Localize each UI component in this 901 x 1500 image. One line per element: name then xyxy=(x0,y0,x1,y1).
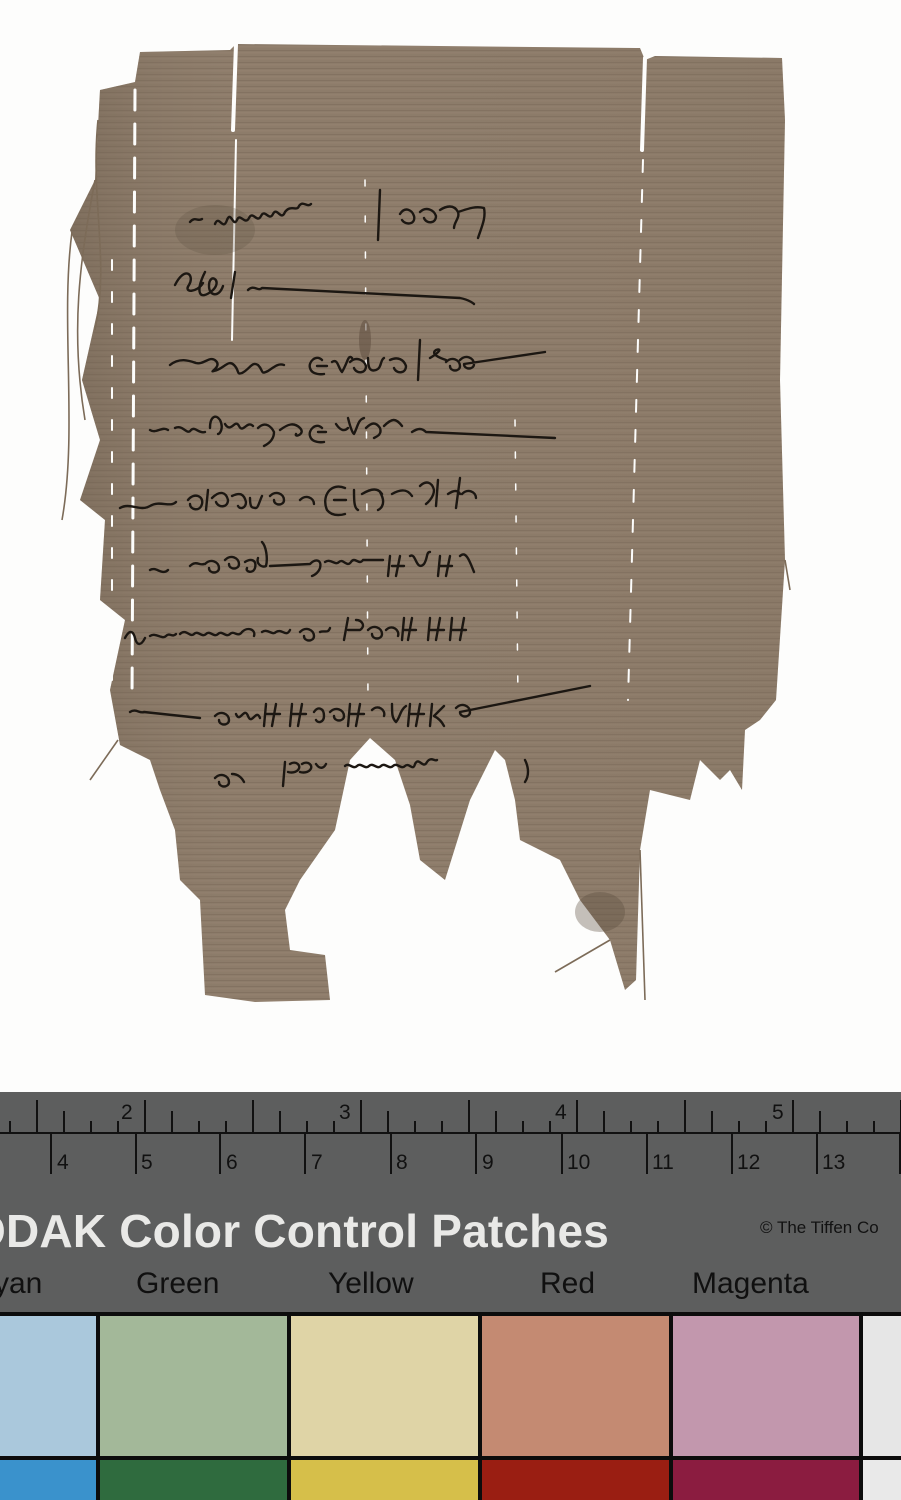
cm-label: 7 xyxy=(311,1152,323,1173)
patch-magenta-light xyxy=(673,1316,859,1456)
inch-minor-tick xyxy=(117,1121,119,1133)
inch-label: 2 xyxy=(121,1102,133,1123)
inch-major-tick xyxy=(792,1100,794,1133)
patch-green-dark xyxy=(100,1460,287,1500)
inch-minor-tick xyxy=(279,1111,281,1133)
inch-major-tick xyxy=(36,1100,38,1133)
cm-label: 5 xyxy=(141,1152,153,1173)
cm-label: 11 xyxy=(652,1152,674,1173)
papyrus-fragment xyxy=(0,0,901,1090)
patch-red-dark xyxy=(482,1460,669,1500)
strip-title: ODAK Color Control Patches xyxy=(0,1204,609,1258)
cm-label: 4 xyxy=(57,1152,69,1173)
inch-major-tick xyxy=(576,1100,578,1133)
cm-tick xyxy=(646,1134,648,1174)
cm-tick xyxy=(561,1134,563,1174)
color-name-cyan: yan xyxy=(0,1267,42,1301)
inch-minor-tick xyxy=(90,1121,92,1133)
inch-label: 4 xyxy=(555,1102,567,1123)
patch-yellow-dark xyxy=(291,1460,478,1500)
inch-minor-tick xyxy=(333,1121,335,1133)
inch-minor-tick xyxy=(846,1121,848,1133)
cm-tick xyxy=(219,1134,221,1174)
cm-label: 13 xyxy=(822,1152,845,1173)
patch-red-light xyxy=(482,1316,669,1456)
cm-tick xyxy=(731,1134,733,1174)
color-name-yellow: Yellow xyxy=(328,1267,414,1301)
inch-major-tick xyxy=(144,1100,146,1133)
patch-magenta-dark xyxy=(673,1460,859,1500)
inch-minor-tick xyxy=(711,1111,713,1133)
inch-minor-tick xyxy=(225,1121,227,1133)
inch-minor-tick xyxy=(414,1121,416,1133)
color-name-red: Red xyxy=(540,1267,595,1301)
inch-minor-tick xyxy=(819,1111,821,1133)
inch-label: 3 xyxy=(339,1102,351,1123)
inch-minor-tick xyxy=(765,1121,767,1133)
inch-minor-tick xyxy=(603,1111,605,1133)
color-name-green: Green xyxy=(136,1267,219,1301)
inch-minor-tick xyxy=(171,1111,173,1133)
patch-yellow-light xyxy=(291,1316,478,1456)
inch-minor-tick xyxy=(522,1121,524,1133)
inch-minor-tick xyxy=(549,1121,551,1133)
cm-label: 12 xyxy=(737,1152,760,1173)
cm-label: 10 xyxy=(567,1152,590,1173)
kodak-color-strip: 2345 45678910111213 ODAK Color Control P… xyxy=(0,1092,901,1500)
cm-tick xyxy=(135,1134,137,1174)
color-patches xyxy=(0,1312,901,1500)
inch-major-tick xyxy=(252,1100,254,1133)
inch-minor-tick xyxy=(306,1121,308,1133)
inch-major-tick xyxy=(684,1100,686,1133)
inch-minor-tick xyxy=(198,1121,200,1133)
cm-label: 8 xyxy=(396,1152,408,1173)
inch-minor-tick xyxy=(873,1121,875,1133)
inch-minor-tick xyxy=(738,1121,740,1133)
patch-cyan-light xyxy=(0,1316,96,1456)
patch-white-light xyxy=(863,1316,901,1456)
inch-minor-tick xyxy=(63,1111,65,1133)
cm-tick xyxy=(304,1134,306,1174)
cm-tick xyxy=(390,1134,392,1174)
patch-cyan-dark xyxy=(0,1460,96,1500)
inch-minor-tick xyxy=(495,1111,497,1133)
cm-tick xyxy=(816,1134,818,1174)
inch-label: 5 xyxy=(772,1102,784,1123)
cm-tick xyxy=(50,1134,52,1174)
inch-minor-tick xyxy=(630,1121,632,1133)
inch-major-tick xyxy=(360,1100,362,1133)
cm-tick xyxy=(899,1134,901,1174)
patch-white-dark xyxy=(863,1460,901,1500)
patch-green-light xyxy=(100,1316,287,1456)
color-name-magenta: Magenta xyxy=(692,1267,809,1301)
cm-tick xyxy=(475,1134,477,1174)
inch-minor-tick xyxy=(657,1121,659,1133)
cm-label: 6 xyxy=(226,1152,238,1173)
copyright-notice: © The Tiffen Co xyxy=(760,1218,879,1238)
inch-minor-tick xyxy=(9,1121,11,1133)
inch-major-tick xyxy=(468,1100,470,1133)
inch-minor-tick xyxy=(441,1121,443,1133)
cm-label: 9 xyxy=(482,1152,494,1173)
inch-minor-tick xyxy=(387,1111,389,1133)
